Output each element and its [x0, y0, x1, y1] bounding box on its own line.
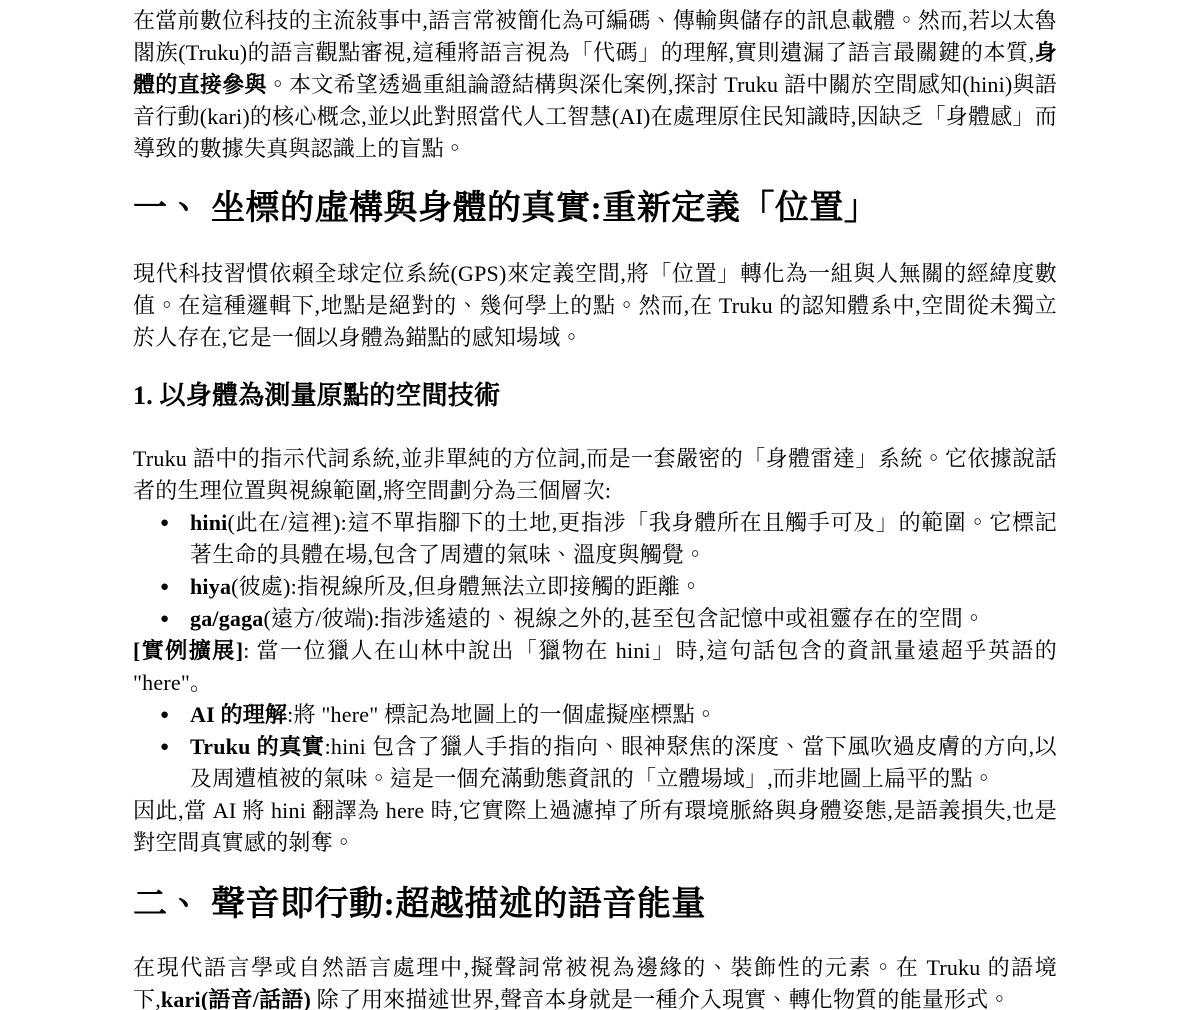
list-item-hiya: ●hiya(彼處):指視線所及,但身體無法立即接觸的距離。: [133, 571, 1057, 603]
section2-lead-paragraph: 在現代語言學或自然語言處理中,擬聲詞常被視為邊緣的、裝飾性的元素。在 Truku…: [133, 952, 1057, 1010]
list-item-ai-understanding: ●AI 的理解:將 "here" 標記為地圖上的一個虛擬座標點。: [133, 699, 1057, 731]
desc-hiya: (彼處):指視線所及,但身體無法立即接觸的距離。: [231, 574, 702, 599]
list-item-hini: ●hini(此在/這裡):這不單指腳下的土地,更指涉「我身體所在且觸手可及」的範…: [133, 507, 1057, 571]
bullet-icon: ●: [160, 603, 169, 635]
desc-hini: (此在/這裡):這不單指腳下的土地,更指涉「我身體所在且觸手可及」的範圍。它標記…: [190, 510, 1057, 567]
desc-gagaga: (遠方/彼端):指涉遙遠的、視線之外的,甚至包含記憶中或祖靈存在的空間。: [264, 606, 986, 631]
section1-lead-paragraph: 現代科技習慣依賴全球定位系統(GPS)來定義空間,將「位置」轉化為一組與人無關的…: [133, 258, 1057, 354]
document-page: 在當前數位科技的主流敍事中,語言常被簡化為可編碼、傳輸與儲存的訊息載體。然而,若…: [0, 0, 1190, 1010]
subsection1-lead-paragraph: Truku 語中的指示代詞系統,並非單純的方位詞,而是一套嚴密的「身體雷達」系統…: [133, 443, 1057, 507]
term-hiya: hiya: [190, 574, 231, 599]
bullet-icon: ●: [160, 507, 169, 539]
bullet-icon: ●: [160, 571, 169, 603]
term-ai-understanding: AI 的理解: [190, 702, 287, 727]
subsection1-heading: 1. 以身體為測量原點的空間技術: [133, 379, 1057, 413]
intro-paragraph: 在當前數位科技的主流敍事中,語言常被簡化為可編碼、傳輸與儲存的訊息載體。然而,若…: [133, 5, 1057, 165]
section2-bold-kari: kari(語音/話語): [161, 987, 311, 1010]
example-paragraph: [實例擴展]: 當一位獵人在山林中說出「獵物在 hini」時,這句話包含的資訊量…: [133, 635, 1057, 699]
intro-text-pre: 在當前數位科技的主流敍事中,語言常被簡化為可編碼、傳輸與儲存的訊息載體。然而,若…: [133, 8, 1057, 65]
term-truku-reality: Truku 的真實: [190, 734, 325, 759]
list-item-gagaga: ●ga/gaga(遠方/彼端):指涉遙遠的、視線之外的,甚至包含記憶中或祖靈存在…: [133, 603, 1057, 635]
example-text: : 當一位獵人在山林中說出「獵物在 hini」時,這句話包含的資訊量遠超乎英語的…: [133, 638, 1057, 695]
desc-ai-understanding: :將 "here" 標記為地圖上的一個虛擬座標點。: [287, 702, 717, 727]
bullet-icon: ●: [160, 731, 169, 763]
example-label: [實例擴展]: [133, 638, 243, 663]
section2-heading: 二、 聲音即行動:超越描述的語音能量: [133, 883, 1057, 927]
section1-heading: 一、 坐標的虛構與身體的真實:重新定義「位置」: [133, 187, 1057, 231]
term-hini: hini: [190, 510, 228, 535]
section2-text-post: 除了用來描述世界,聲音本身就是一種介入現實、轉化物質的能量形式。: [311, 987, 1011, 1010]
intro-text-post: 。本文希望透過重組論證結構與深化案例,探討 Truku 語中關於空間感知(hin…: [133, 72, 1057, 161]
document-content: 在當前數位科技的主流敍事中,語言常被簡化為可編碼、傳輸與儲存的訊息載體。然而,若…: [133, 0, 1057, 1010]
bullet-icon: ●: [160, 699, 169, 731]
list-item-truku-reality: ●Truku 的真實:hini 包含了獵人手指的指向、眼神聚焦的深度、當下風吹過…: [133, 731, 1057, 795]
section1-conclusion-paragraph: 因此,當 AI 將 hini 翻譯為 here 時,它實際上過濾掉了所有環境脈絡…: [133, 795, 1057, 859]
contrast-list: ●AI 的理解:將 "here" 標記為地圖上的一個虛擬座標點。 ●Truku …: [133, 699, 1057, 795]
term-gagaga: ga/gaga: [190, 606, 264, 631]
spatial-levels-list: ●hini(此在/這裡):這不單指腳下的土地,更指涉「我身體所在且觸手可及」的範…: [133, 507, 1057, 635]
